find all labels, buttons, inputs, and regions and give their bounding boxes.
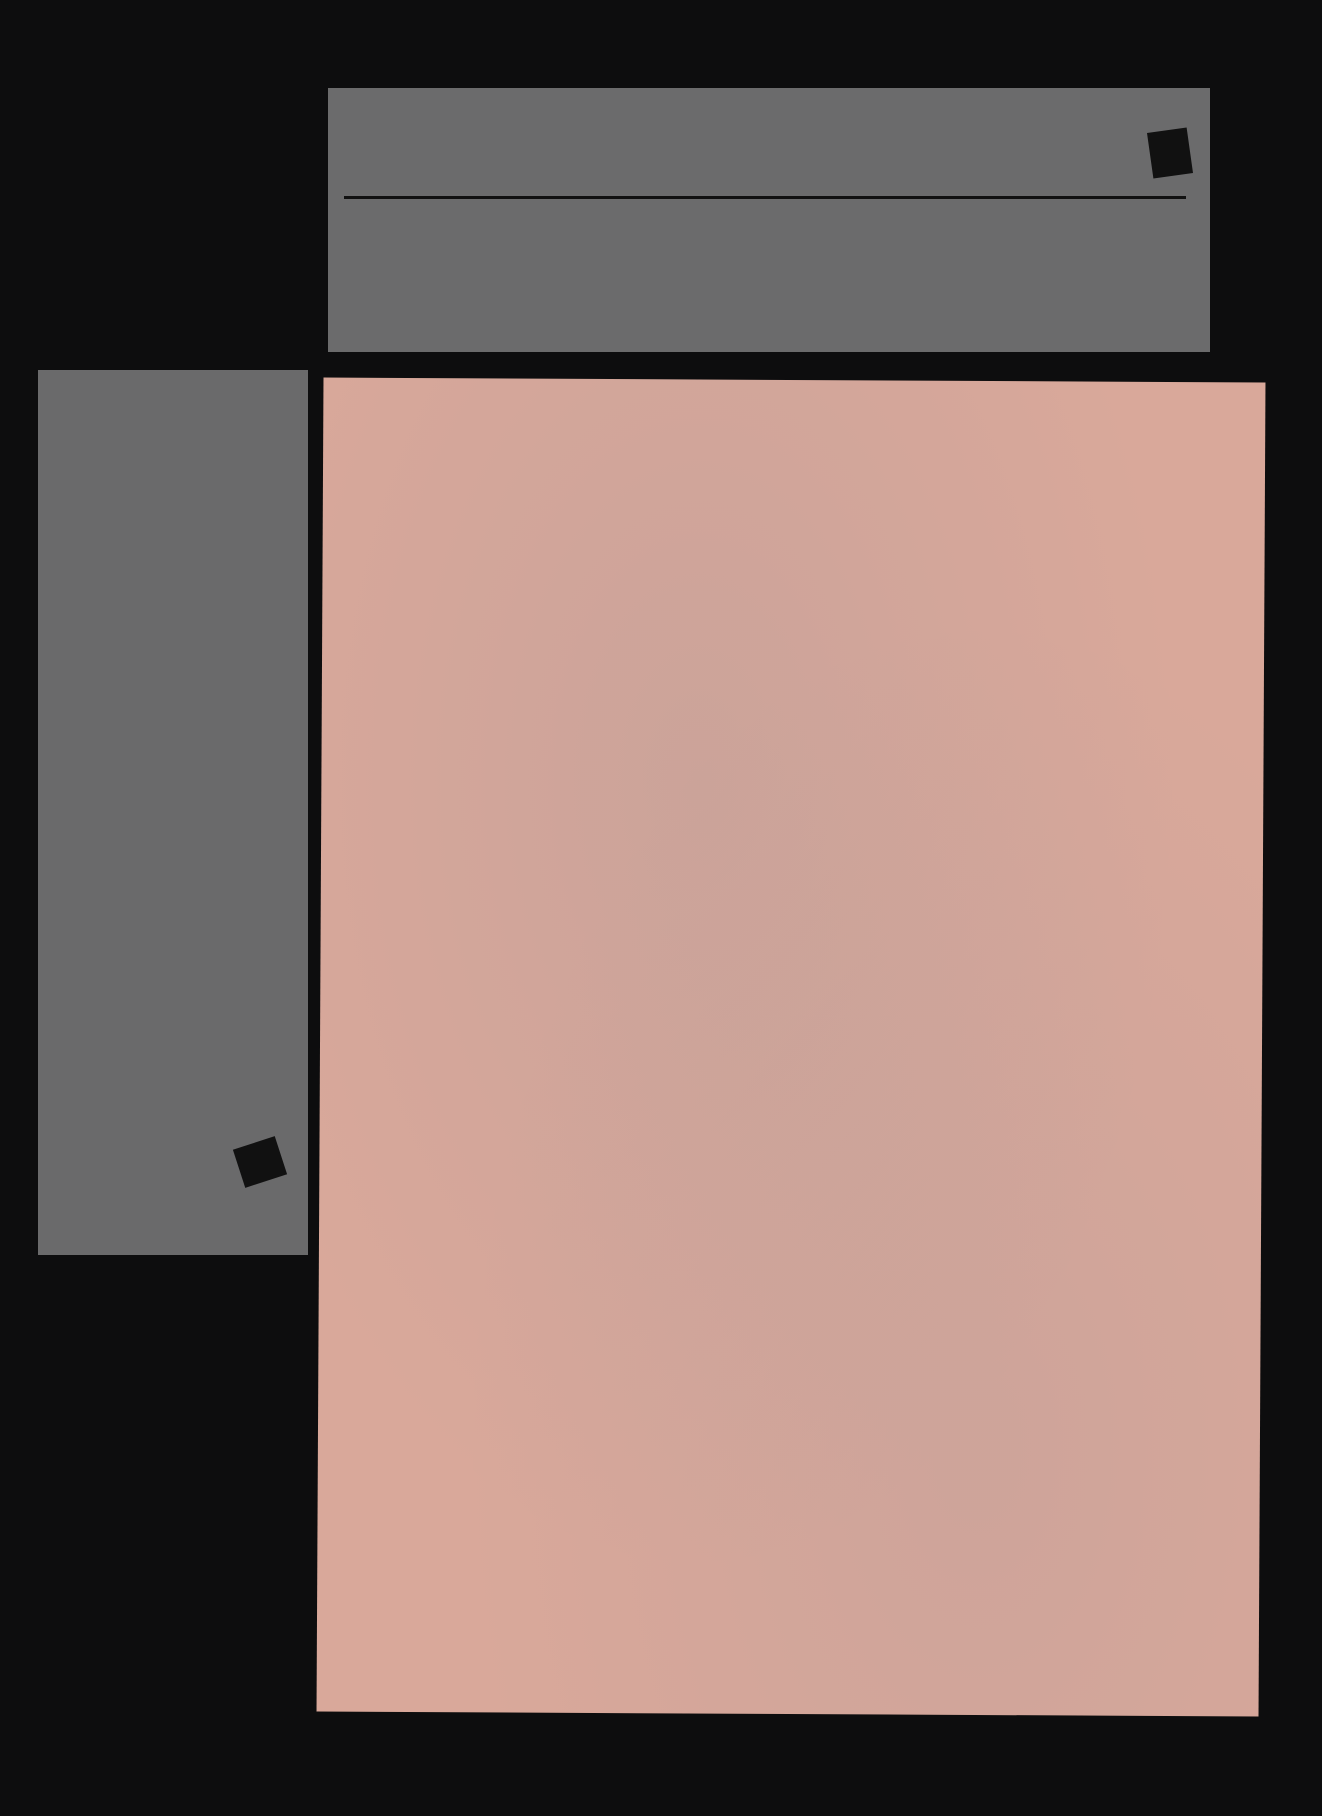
colour-chart: [38, 370, 308, 1255]
typed-document-page: [317, 378, 1266, 1717]
danes-picta-logo: [233, 1136, 287, 1188]
colour-swatches: [40, 372, 192, 1253]
danes-picta-logo: [1147, 127, 1193, 178]
divider: [344, 196, 1186, 199]
document-body: [323, 378, 1265, 383]
grey-scale-steps: [326, 250, 1210, 350]
ruler: [194, 370, 308, 1255]
grey-scale-card: [328, 88, 1210, 352]
